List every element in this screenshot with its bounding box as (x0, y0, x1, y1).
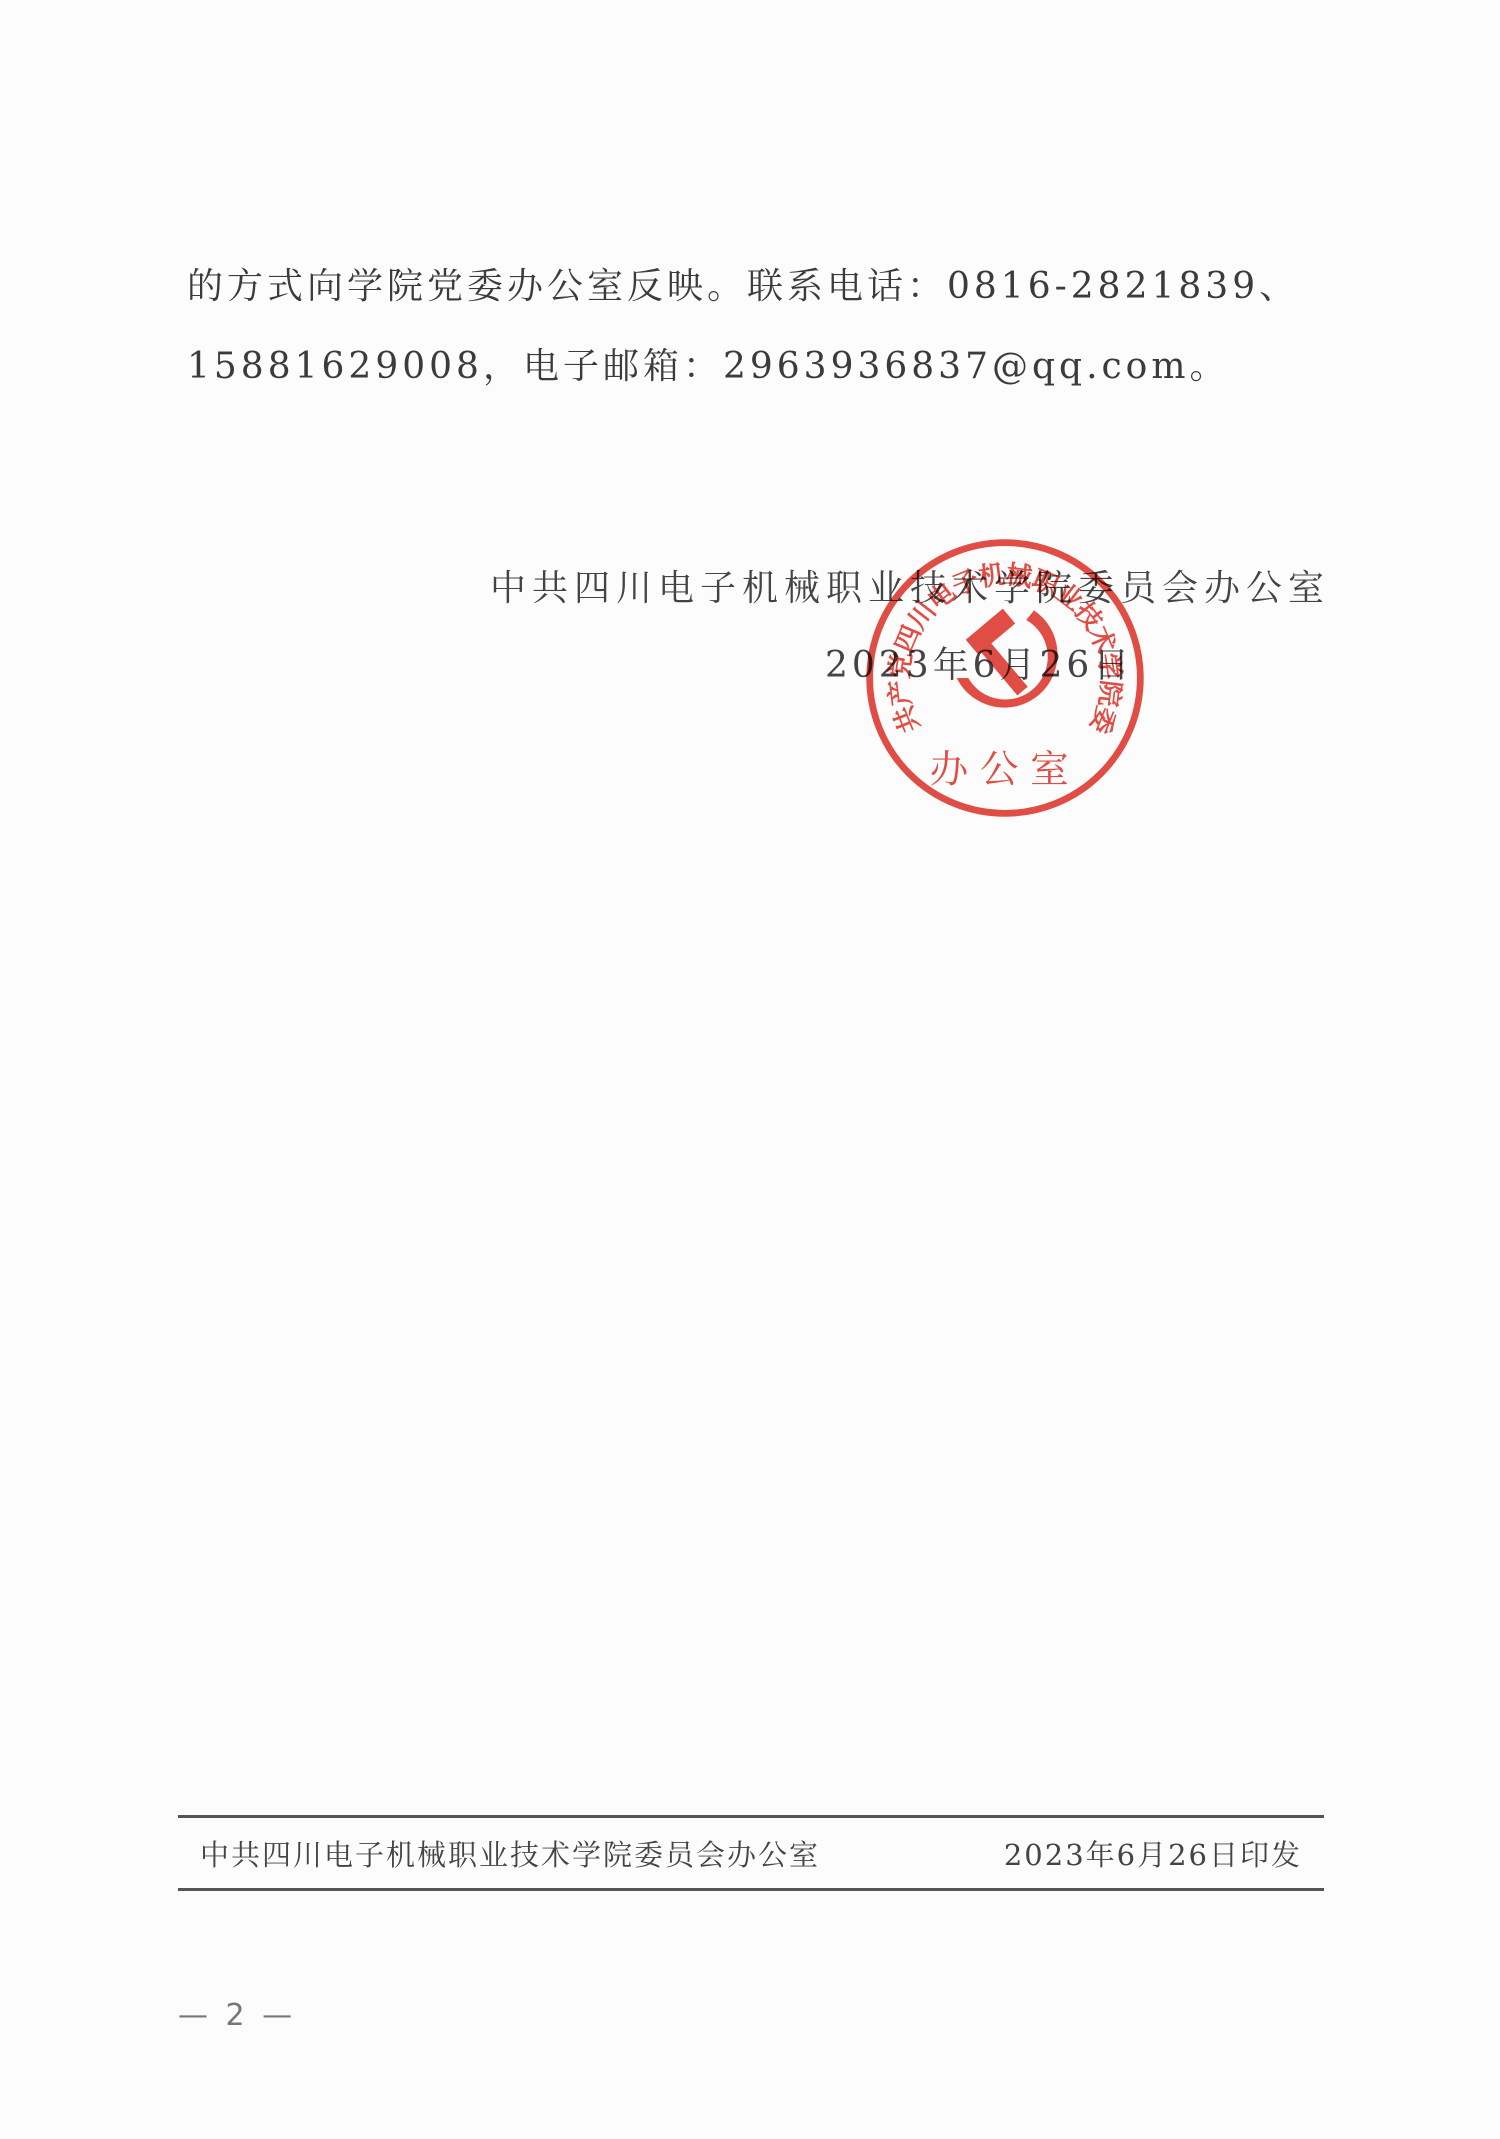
body-text-line: 15881629008，电子邮箱：2963936837@qq.com。 (187, 338, 1230, 389)
seal-center-text: 办公室 (930, 747, 1081, 792)
footer-bottom-rule (178, 1888, 1324, 1891)
document-page: 的方式向学院党委办公室反映。联系电话：0816-2821839、 1588162… (0, 0, 1500, 2139)
print-footer: 中共四川电子机械职业技术学院委员会办公室 2023年6月26日印发 (178, 1815, 1324, 1891)
official-seal-icon: 中国共产党四川电子机械职业技术学院委员会 办公室 (860, 533, 1150, 823)
hammer-sickle-icon (957, 609, 1058, 708)
footer-print-date: 2023年6月26日印发 (1004, 1833, 1302, 1874)
page-number: — 2 — (178, 1998, 296, 2033)
footer-issuer: 中共四川电子机械职业技术学院委员会办公室 (200, 1833, 820, 1874)
body-text-line: 的方式向学院党委办公室反映。联系电话：0816-2821839、 (187, 258, 1299, 309)
